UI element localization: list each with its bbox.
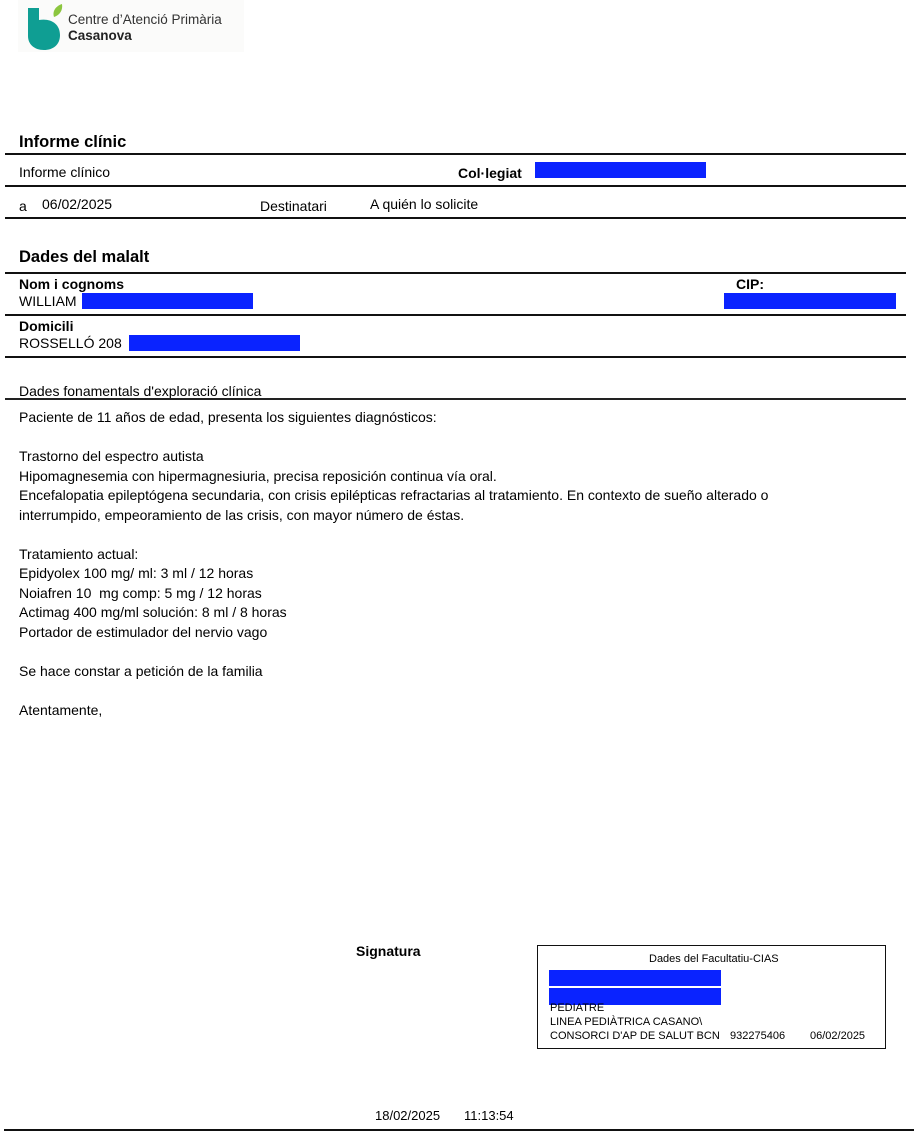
org-location: Casanova [68,28,132,43]
address-label: Domicili [19,318,73,334]
date-prefix: a [19,198,27,214]
exploration-line: Tratamiento actual: [19,545,768,565]
print-time: 11:13:54 [464,1108,514,1124]
blank-line [19,642,768,662]
exploration-line: Portador de estimulador del nervio vago [19,623,768,643]
blank-line [19,428,768,448]
cap-leaf-logo-icon [25,4,65,50]
divider [5,398,906,400]
recipient-label: Destinatari [260,198,327,214]
exploration-line: Trastorno del espectro autista [19,447,768,467]
divider [5,153,906,155]
print-date: 18/02/2025 [375,1108,440,1124]
patient-name: WILLIAM [19,293,77,309]
divider [5,185,906,187]
divider [5,314,906,316]
physician-name-redacted [549,970,721,986]
exploration-line: interrumpido, empeoramiento de las crisi… [19,506,768,526]
report-section-title: Informe clínic [19,133,126,152]
name-label: Nom i cognoms [19,276,124,292]
physician-date: 06/02/2025 [810,1030,865,1042]
collegiate-redacted [535,162,706,178]
physician-box-title: Dades del Facultatiu-CIAS [649,953,779,965]
exploration-line: Noiafren 10 mg comp: 5 mg / 12 horas [19,584,768,604]
surname-redacted [82,293,253,309]
physician-phone: 932275406 [730,1030,785,1042]
exploration-line: Paciente de 11 años de edad, presenta lo… [19,408,768,428]
report-date: 06/02/2025 [42,196,112,212]
recipient-value: A quién lo solicite [370,196,478,212]
cip-label: CIP: [736,276,764,292]
divider [5,217,906,219]
blank-line [19,525,768,545]
exploration-line: Se hace constar a petición de la familia [19,662,768,682]
org-name: Centre d’Atenció Primària [68,12,222,27]
divider [5,356,906,358]
signature-label: Signatura [356,943,421,959]
exploration-text: Paciente de 11 años de edad, presenta lo… [19,408,768,720]
patient-address: ROSSELLÓ 208 [19,335,122,351]
clinic-logo: Centre d’Atenció Primària Casanova [18,0,244,52]
exploration-line: Hipomagnesemia con hipermagnesiuria, pre… [19,467,768,487]
physician-entity: CONSORCI D'AP DE SALUT BCN [550,1030,720,1042]
exploration-line: Atentamente, [19,701,768,721]
physician-specialty: PEDIATRE [550,1002,604,1014]
collegiate-label: Col·legiat [458,165,522,181]
exploration-line: Epidyolex 100 mg/ ml: 3 ml / 12 horas [19,564,768,584]
physician-data-box: Dades del Facultatiu-CIAS PEDIATRE LINEA… [537,945,886,1049]
patient-section-title: Dades del malalt [19,248,149,267]
physician-unit: LINEA PEDIÀTRICA CASANO\ [550,1016,702,1028]
report-type: Informe clínico [19,164,110,180]
divider [5,272,906,274]
exploration-section-title: Dades fonamentals d'exploració clínica [19,383,261,399]
address-redacted [129,335,300,351]
exploration-line: Encefalopatia epileptógena secundaria, c… [19,486,768,506]
cip-redacted [724,293,896,309]
exploration-line: Actimag 400 mg/ml solución: 8 ml / 8 hor… [19,603,768,623]
footer-divider [4,1129,914,1131]
blank-line [19,681,768,701]
